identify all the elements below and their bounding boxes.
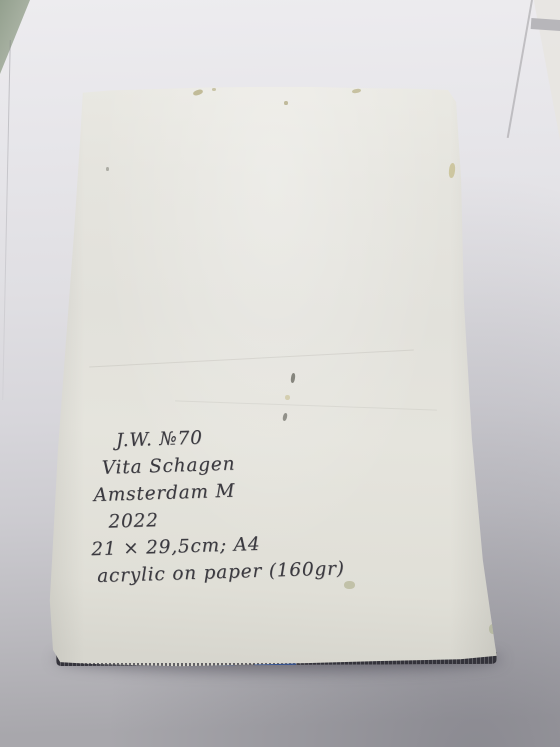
paper-stain (448, 163, 456, 179)
paper-stain (212, 88, 216, 91)
green-mat-corner (0, 0, 30, 74)
paper-crease (175, 401, 437, 411)
paper-sheet-back: J.W. №70 Vita Schagen Amsterdam M 2022 2… (48, 84, 500, 668)
photo-of-artwork-back: J.W. №70 Vita Schagen Amsterdam M 2022 2… (0, 0, 560, 747)
paper-stain (106, 167, 109, 171)
paper-stain (282, 413, 288, 422)
paper-stain (352, 88, 362, 94)
paper-crease (89, 350, 414, 368)
paper-stain (290, 373, 295, 383)
background-seam-right (507, 0, 533, 138)
paper-stain (284, 101, 288, 105)
paper-stain (285, 395, 290, 400)
paper-stain (192, 89, 203, 97)
background-seam-left (2, 40, 11, 400)
artist-inscription: J.W. №70 Vita Schagen Amsterdam M 2022 2… (88, 420, 363, 590)
background-edge-bar (531, 18, 560, 31)
paper-stain (489, 624, 497, 634)
